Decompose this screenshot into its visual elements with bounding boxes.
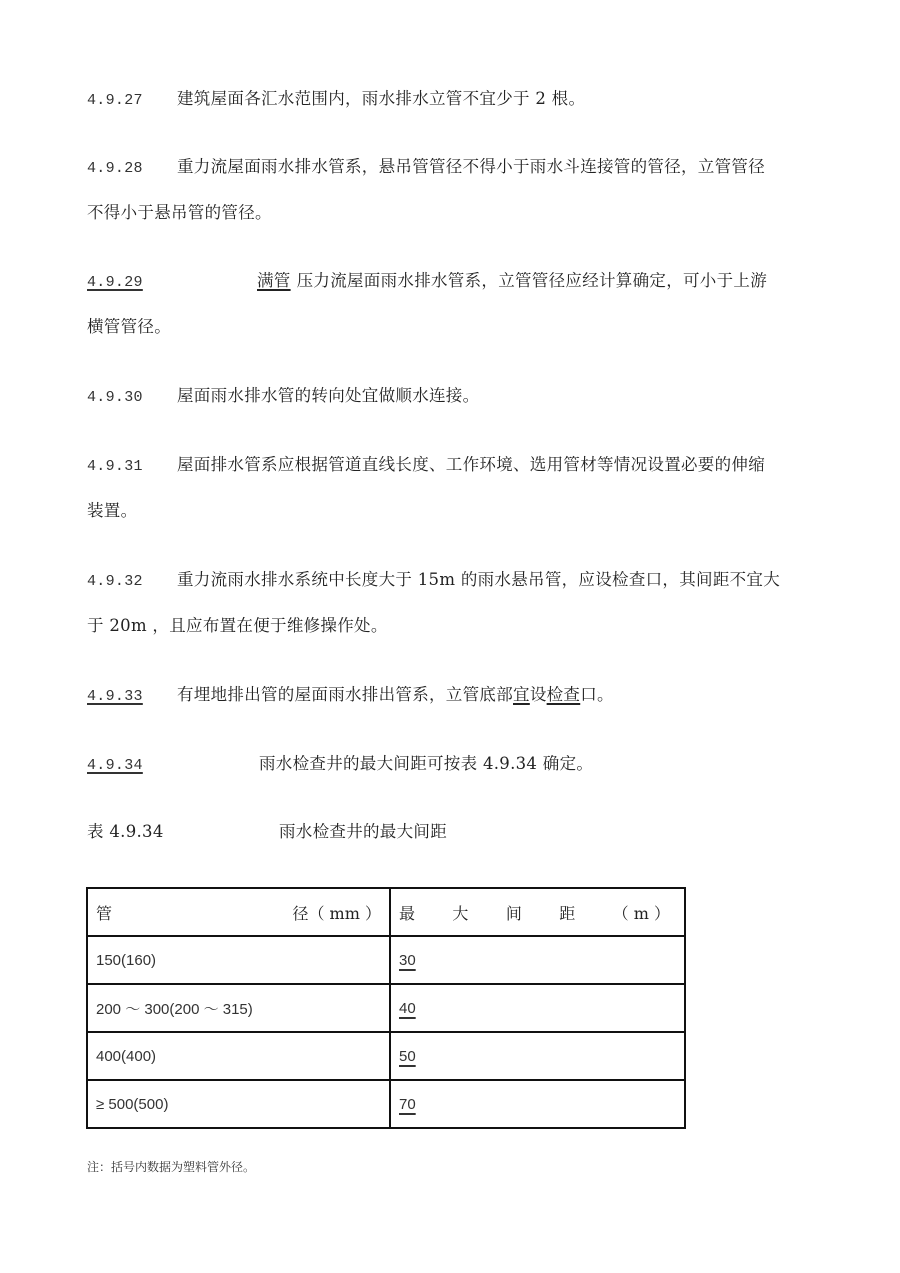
cell-max-spacing: 40: [390, 984, 685, 1032]
table-note: 注：括号内数据为塑料管外径。: [87, 1158, 255, 1175]
cell-diameter: ≥ 500(500): [87, 1080, 390, 1128]
clause-number: 4.9.33: [87, 686, 151, 708]
clause-continuation: 于 20m ，且应布置在便于维修操作处。: [87, 615, 388, 637]
table-row: ≥ 500(500) 70: [87, 1080, 685, 1128]
value: 40: [399, 1000, 424, 1017]
clause-continuation: 装置。: [87, 500, 137, 522]
header-diameter: 管 径（ mm ）: [87, 888, 390, 936]
clause-4-9-31: 4.9.31屋面排水管系应根据管道直线长度、工作环境、选用管材等情况设置必要的伸…: [87, 454, 765, 478]
clause-number: 4.9.28: [87, 158, 177, 180]
cell-diameter: 400(400): [87, 1032, 390, 1080]
cell-max-spacing: 30: [390, 936, 685, 984]
value: 70: [399, 1096, 424, 1113]
underlined-word: 宜: [513, 685, 530, 704]
header-text: （ m ）: [613, 901, 670, 924]
clause-number: 4.9.32: [87, 571, 177, 593]
header-max-spacing: 最 大 间 距 （ m ）: [390, 888, 685, 936]
clause-4-9-29: 4.9.29满管压力流屋面雨水排水管系，立管管径应经计算确定，可小于上游: [87, 270, 767, 294]
clause-4-9-28: 4.9.28重力流屋面雨水排水管系，悬吊管管径不得小于雨水斗连接管的管径，立管管…: [87, 156, 765, 180]
clause-text: 屋面雨水排水管的转向处宜做顺水连接。: [177, 386, 479, 405]
header-text: 间: [506, 901, 522, 924]
clause-4-9-27: 4.9.27建筑屋面各汇水范围内，雨水排水立管不宜少于 2 根。: [87, 88, 585, 112]
table-caption-number: 表 4.9.34: [87, 821, 279, 843]
clause-text: 设: [530, 685, 547, 704]
header-text: 管: [96, 901, 112, 924]
clause-4-9-34: 4.9.34雨水检查井的最大间距可按表 4.9.34 确定。: [87, 753, 593, 777]
clause-number: 4.9.29: [87, 272, 151, 294]
clause-text: 屋面排水管系应根据管道直线长度、工作环境、选用管材等情况设置必要的伸缩: [177, 455, 765, 474]
table-caption: 表 4.9.34雨水检查井的最大间距: [87, 821, 447, 843]
underlined-word: 检查: [547, 685, 581, 704]
underlined-word: 满管: [257, 271, 297, 290]
table-header-row: 管 径（ mm ） 最 大 间 距 （ m ）: [87, 888, 685, 936]
header-text: 最: [399, 901, 415, 924]
table-caption-title: 雨水检查井的最大间距: [279, 822, 447, 841]
value: 30: [399, 952, 424, 969]
clause-number: 4.9.30: [87, 387, 177, 409]
table-row: 200 ～ 300(200 ～ 315) 40: [87, 984, 685, 1032]
cell-max-spacing: 50: [390, 1032, 685, 1080]
value: 50: [399, 1048, 424, 1065]
table-row: 400(400) 50: [87, 1032, 685, 1080]
clause-text: 口。: [580, 685, 614, 704]
clause-continuation: 横管管径。: [87, 316, 171, 338]
clause-number: 4.9.34: [87, 755, 233, 777]
clause-text: 重力流雨水排水系统中长度大于 15m 的雨水悬吊管，应设检查口，其间距不宜大: [177, 570, 780, 589]
clause-continuation: 不得小于悬吊管的管径。: [87, 202, 272, 224]
clause-text: 有埋地排出管的屋面雨水排出管系，立管底部: [177, 685, 513, 704]
header-text: 大: [452, 901, 468, 924]
clause-number: 4.9.31: [87, 456, 177, 478]
max-spacing-table: 管 径（ mm ） 最 大 间 距 （ m ） 150(160) 30 200 …: [86, 887, 686, 1129]
clause-4-9-32: 4.9.32重力流雨水排水系统中长度大于 15m 的雨水悬吊管，应设检查口，其间…: [87, 569, 780, 593]
cell-diameter: 200 ～ 300(200 ～ 315): [87, 984, 390, 1032]
clause-text: 雨水检查井的最大间距可按表 4.9.34 确定。: [259, 754, 593, 773]
cell-diameter: 150(160): [87, 936, 390, 984]
clause-text: 建筑屋面各汇水范围内，雨水排水立管不宜少于 2 根。: [177, 89, 585, 108]
clause-4-9-33: 4.9.33有埋地排出管的屋面雨水排出管系，立管底部宜设检查口。: [87, 684, 614, 708]
clause-number: 4.9.27: [87, 90, 177, 112]
clause-text: 重力流屋面雨水排水管系，悬吊管管径不得小于雨水斗连接管的管径，立管管径: [177, 157, 765, 176]
cell-max-spacing: 70: [390, 1080, 685, 1128]
table-row: 150(160) 30: [87, 936, 685, 984]
header-text: 距: [559, 901, 575, 924]
header-text: 径（ mm ）: [292, 901, 381, 924]
clause-text: 压力流屋面雨水排水管系，立管管径应经计算确定，可小于上游: [297, 271, 767, 290]
clause-4-9-30: 4.9.30屋面雨水排水管的转向处宜做顺水连接。: [87, 385, 479, 409]
